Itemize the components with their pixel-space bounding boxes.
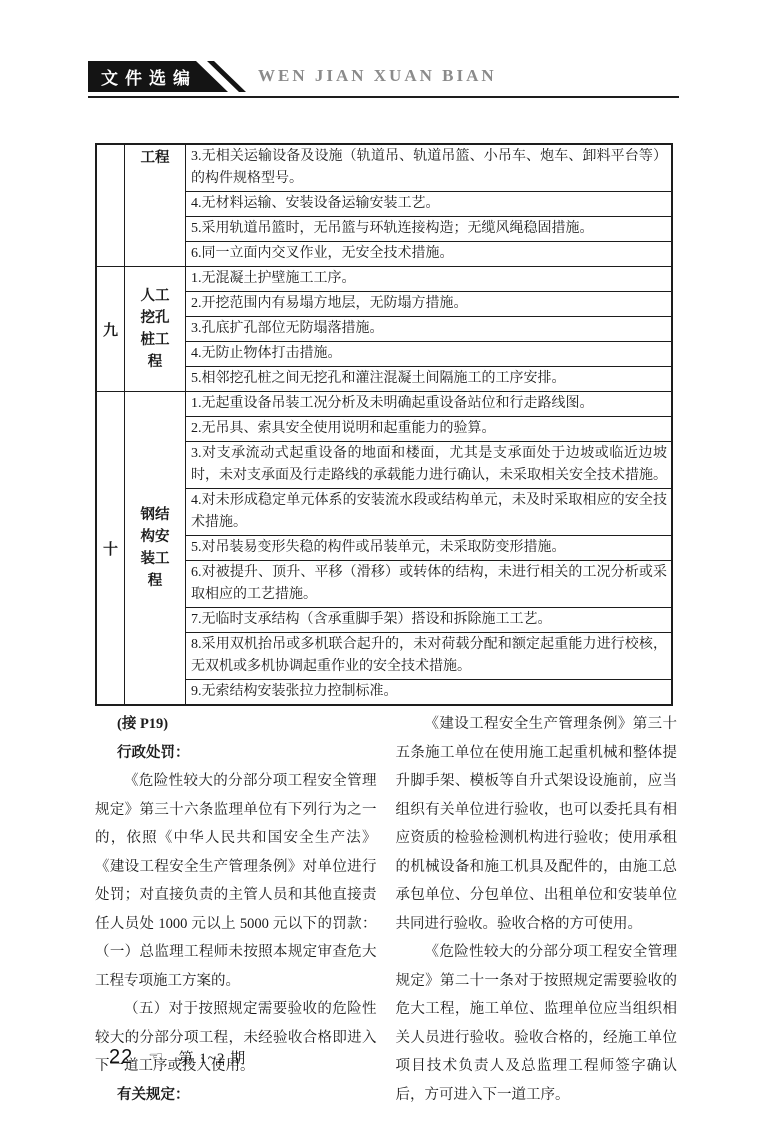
page-footer: 22 ☜ 第 1~2 期 (109, 1046, 246, 1069)
pointing-hand-icon: ☜ (148, 1048, 163, 1068)
category-label-line: 挖孔 (141, 307, 170, 329)
table-items: 3.无相关运输设备及设施（轨道吊、轨道吊篮、小吊车、炮车、卸料平台等）的构件规格… (186, 145, 671, 266)
category-label-line: 程 (148, 570, 163, 592)
table-section-number: 十 (97, 392, 125, 704)
table-item: 3.孔底扩孔部位无防塌落措施。 (186, 316, 671, 341)
table-item: 5.对吊装易变形失稳的构件或吊装单元，未采取防变形措施。 (186, 535, 671, 560)
hazard-checklist-table: 工程 3.无相关运输设备及设施（轨道吊、轨道吊篮、小吊车、炮车、卸料平台等）的构… (95, 143, 673, 706)
table-items: 1.无混凝土护壁施工工序。 2.开挖范围内有易塌方地层，无防塌方措施。 3.孔底… (186, 267, 671, 391)
table-item: 3.对支承流动式起重设备的地面和楼面，尤其是支承面处于边坡或临近边坡时，未对支承… (186, 441, 671, 488)
table-item: 1.无混凝土护壁施工工序。 (186, 267, 671, 291)
table-category-label: 工程 (125, 145, 186, 266)
section-banner: 文件选编 (88, 61, 230, 92)
table-item: 7.无临时支承结构（含承重脚手架）搭设和拆除施工工艺。 (186, 607, 671, 632)
table-item: 1.无起重设备吊装工况分析及未明确起重设备站位和行走路线图。 (186, 392, 671, 416)
table-category-label: 人工 挖孔 桩工 程 (125, 267, 186, 391)
table-item: 5.采用轨道吊篮时，无吊篮与环轨连接构造；无缆风绳稳固措施。 (186, 216, 671, 241)
category-label-line: 钢结 (141, 504, 170, 526)
table-item: 4.对未形成稳定单元体系的安装流水段或结构单元，未及时采取相应的安全技术措施。 (186, 488, 671, 535)
table-item: 2.无吊具、索具安全使用说明和起重能力的验算。 (186, 416, 671, 441)
banner-pinyin: WEN JIAN XUAN BIAN (258, 66, 497, 86)
table-item: 5.相邻挖孔桩之间无挖孔和灌注混凝土间隔施工的工序安排。 (186, 366, 671, 391)
table-category-label: 钢结 构安 装工 程 (125, 392, 186, 704)
right-column: 《建设工程安全生产管理条例》第三十五条施工单位在使用施工起重机械和整体提升脚手架… (396, 710, 678, 1109)
table-block-steel-structure: 十 钢结 构安 装工 程 1.无起重设备吊装工况分析及未明确起重设备站位和行走路… (97, 391, 671, 704)
table-item: 3.无相关运输设备及设施（轨道吊、轨道吊篮、小吊车、炮车、卸料平台等）的构件规格… (186, 145, 671, 191)
table-item: 8.采用双机抬吊或多机联合起升的，未对荷载分配和额定起重能力进行校核，无双机或多… (186, 632, 671, 679)
document-page: 文件选编 WEN JIAN XUAN BIAN 工程 3.无相关运输设备及设施（… (0, 0, 767, 1146)
category-label-line: 桩工 (141, 329, 170, 351)
continuation-note: (接 P19) (95, 710, 377, 739)
category-label-line: 人工 (141, 285, 170, 307)
category-label-line: 程 (148, 351, 163, 373)
heading-administrative-penalty: 行政处罚： (95, 739, 377, 768)
table-items: 1.无起重设备吊装工况分析及未明确起重设备站位和行走路线图。 2.无吊具、索具安… (186, 392, 671, 704)
table-block-manual-dug-pile: 九 人工 挖孔 桩工 程 1.无混凝土护壁施工工序。 2.开挖范围内有易塌方地层… (97, 266, 671, 391)
table-item: 4.无材料运输、安装设备运输安装工艺。 (186, 191, 671, 216)
heading-related-regulations: 有关规定： (95, 1081, 377, 1110)
issue-label: 第 1~2 期 (179, 1047, 247, 1068)
category-label-line: 装工 (141, 548, 170, 570)
table-section-number: 九 (97, 267, 125, 391)
category-label-line: 工程 (141, 147, 170, 169)
category-label-line: 构安 (141, 526, 170, 548)
table-item: 2.开挖范围内有易塌方地层，无防塌方措施。 (186, 291, 671, 316)
table-item: 4.无防止物体打击措施。 (186, 341, 671, 366)
table-item: 9.无索结构安装张拉力控制标准。 (186, 679, 671, 704)
paragraph: 《危险性较大的分部分项工程安全管理规定》第三十六条监理单位有下列行为之一的，依照… (95, 767, 377, 995)
header-rule (88, 96, 679, 98)
table-section-number (97, 145, 125, 266)
table-item: 6.同一立面内交叉作业，无安全技术措施。 (186, 241, 671, 266)
table-item: 6.对被提升、顶升、平移（滑移）或转体的结构，未进行相关的工况分析或采取相应的工… (186, 560, 671, 607)
paragraph: 《危险性较大的分部分项工程安全管理规定》第二十一条对于按照规定需要验收的危大工程… (396, 938, 678, 1109)
page-number: 22 (109, 1046, 133, 1069)
banner-title: 文件选编 (101, 64, 197, 89)
table-block-project-continued: 工程 3.无相关运输设备及设施（轨道吊、轨道吊篮、小吊车、炮车、卸料平台等）的构… (97, 145, 671, 266)
paragraph: 《建设工程安全生产管理条例》第三十五条施工单位在使用施工起重机械和整体提升脚手架… (396, 710, 678, 938)
